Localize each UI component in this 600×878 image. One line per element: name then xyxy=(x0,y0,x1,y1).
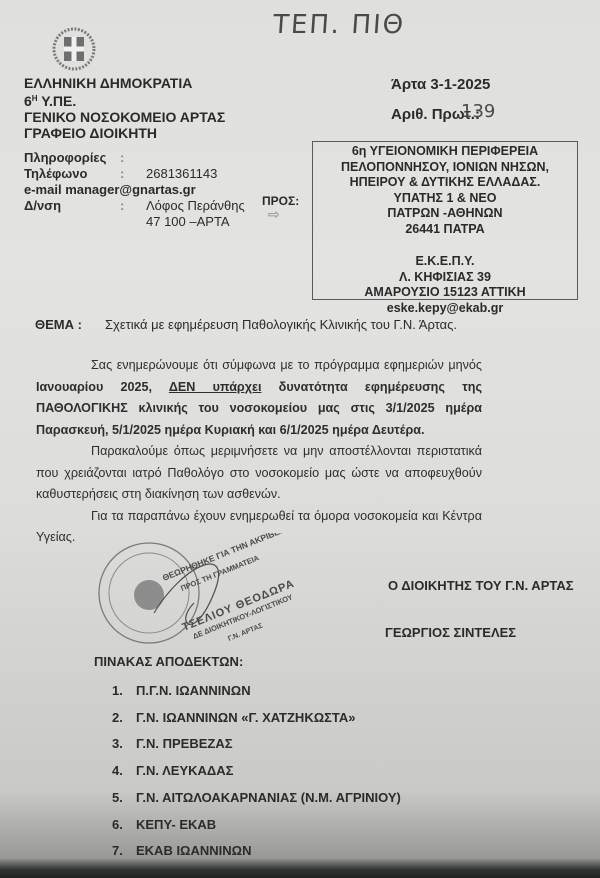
list-item: 1.Π.Γ.Ν. ΙΩΑΝΝΙΝΩΝ xyxy=(112,678,401,705)
recipient-line: ΑΜΑΡΟΥΣΙΟ 15123 ΑΤΤΙΚΗ xyxy=(313,285,577,301)
email-value: manager@gnartas.gr xyxy=(65,182,195,197)
subject-label: ΘΕΜΑ : xyxy=(35,317,82,332)
recipient-line: ΗΠΕΙΡΟΥ & ΔΥΤΙΚΗΣ ΕΛΛΑΔΑΣ. xyxy=(313,175,577,191)
hospital-name: ΓΕΝΙΚΟ ΝΟΣΟΚΟΜΕΙΟ ΑΡΤΑΣ xyxy=(24,109,225,125)
distribution-title: ΠΙΝΑΚΑΣ ΑΠΟΔΕΚΤΩΝ: xyxy=(94,654,243,669)
recipient-block-health-region: 6η ΥΓΕΙΟΝΟΜΙΚΗ ΠΕΡΙΦΕΡΕΙΑΠΕΛΟΠΟΝΝΗΣΟΥ, Ι… xyxy=(313,142,577,237)
recipient-line: ΠΑΤΡΩΝ -ΑΘΗΝΩΝ xyxy=(313,206,577,222)
protocol-number: 139 xyxy=(461,101,495,122)
handwritten-note: ΤΕΠ. ΠΙΘ xyxy=(272,10,406,40)
issuer-header: ΕΛΛΗΝΙΚΗ ΔΗΜΟΚΡΑΤΙΑ 6Η Υ.ΠΕ. ΓΕΝΙΚΟ ΝΟΣΟ… xyxy=(24,75,225,141)
info-label: Πληροφορίες xyxy=(24,150,106,166)
office-name: ΓΡΑΦΕΙΟ ΔΙΟΙΚΗΤΗ xyxy=(24,125,225,141)
address-line2: 47 100 –ΑΡΤΑ xyxy=(146,214,230,230)
greek-coat-of-arms-icon xyxy=(52,27,96,71)
letter-body: Σας ενημερώνουμε ότι σύμφωνα με το πρόγρ… xyxy=(36,355,482,549)
subject-text: Σχετικά με εφημέρευση Παθολογικής Κλινικ… xyxy=(105,317,457,332)
recipient-block-ekepy: Ε.Κ.Ε.Π.Υ.Λ. ΚΗΦΙΣΙΑΣ 39ΑΜΑΡΟΥΣΙΟ 15123 … xyxy=(313,252,577,316)
health-region: 6Η Υ.ΠΕ. xyxy=(24,91,225,109)
official-stamp-icon: ΘΕΩΡΗΘΗΚΕ ΓΙΑ ΤΗΝ ΑΚΡΙΒΕΙΑ ΠΡΟΣ ΤΗ ΓΡΑΜΜ… xyxy=(94,533,294,648)
list-item: 5.Γ.Ν. ΑΙΤΩΛΟΑΚΑΡΝΑΝΙΑΣ (Ν.Μ. ΑΓΡΙΝΙΟΥ) xyxy=(112,785,401,812)
republic-name: ΕΛΛΗΝΙΚΗ ΔΗΜΟΚΡΑΤΙΑ xyxy=(24,75,225,91)
recipient-line: ΠΕΛΟΠΟΝΝΗΣΟΥ, ΙΟΝΙΩΝ ΝΗΣΩΝ, xyxy=(313,160,577,176)
address-label: Δ/νση xyxy=(24,198,61,214)
document-page: ΕΛΛΗΝΙΚΗ ΔΗΜΟΚΡΑΤΙΑ 6Η Υ.ΠΕ. ΓΕΝΙΚΟ ΝΟΣΟ… xyxy=(0,0,600,878)
phone-value: 2681361143 xyxy=(146,166,217,182)
list-item: 6.ΚΕΠΥ- ΕΚΑΒ xyxy=(112,812,401,839)
list-item: 4.Γ.Ν. ΛΕΥΚΑΔΑΣ xyxy=(112,758,401,785)
list-item: 2.Γ.Ν. ΙΩΑΝΝΙΝΩΝ «Γ. ΧΑΤΖΗΚΩΣΤΑ» xyxy=(112,705,401,732)
distribution-list: 1.Π.Γ.Ν. ΙΩΑΝΝΙΝΩΝ2.Γ.Ν. ΙΩΑΝΝΙΝΩΝ «Γ. Χ… xyxy=(112,678,401,865)
recipient-line: 6η ΥΓΕΙΟΝΟΜΙΚΗ ΠΕΡΙΦΕΡΕΙΑ xyxy=(313,144,577,160)
photo-shadow xyxy=(0,858,600,878)
recipient-line: Ε.Κ.Ε.Π.Υ. xyxy=(313,254,577,270)
recipient-line: 26441 ΠΑΤΡΑ xyxy=(313,222,577,238)
recipient-line: eske.kepy@ekab.gr xyxy=(313,301,577,317)
body-paragraph-2: Παρακαλούμε όπως μεριμνήσετε να μην αποσ… xyxy=(36,441,482,506)
document-date: Άρτα 3-1-2025 xyxy=(391,76,490,93)
recipient-box: 6η ΥΓΕΙΟΝΟΜΙΚΗ ΠΕΡΙΦΕΡΕΙΑΠΕΛΟΠΟΝΝΗΣΟΥ, Ι… xyxy=(312,141,578,300)
underlined-emphasis: ΔΕΝ υπάρχει xyxy=(169,380,262,394)
signer-name: ΓΕΩΡΓΙΟΣ ΣΙΝΤΕΛΕΣ xyxy=(385,625,516,640)
subject-line: ΘΕΜΑ : Σχετικά με εφημέρευση Παθολογικής… xyxy=(35,317,82,332)
email-line: e-mail manager@gnartas.gr xyxy=(24,182,196,198)
arrow-right-icon: ⇨ xyxy=(268,206,280,223)
body-paragraph-1: Σας ενημερώνουμε ότι σύμφωνα με το πρόγρ… xyxy=(36,355,482,441)
signer-title: Ο ΔΙΟΙΚΗΤΗΣ ΤΟΥ Γ.Ν. ΑΡΤΑΣ xyxy=(388,578,574,593)
address-line1: Λόφος Περάνθης xyxy=(146,198,245,214)
recipient-line: ΥΠΑΤΗΣ 1 & ΝΕΟ xyxy=(313,191,577,207)
svg-text:Γ.Ν. ΑΡΤΑΣ: Γ.Ν. ΑΡΤΑΣ xyxy=(227,623,264,643)
phone-label: Τηλέφωνο xyxy=(24,166,87,182)
list-item: 3.Γ.Ν. ΠΡΕΒΕΖΑΣ xyxy=(112,731,401,758)
recipient-line: Λ. ΚΗΦΙΣΙΑΣ 39 xyxy=(313,270,577,286)
